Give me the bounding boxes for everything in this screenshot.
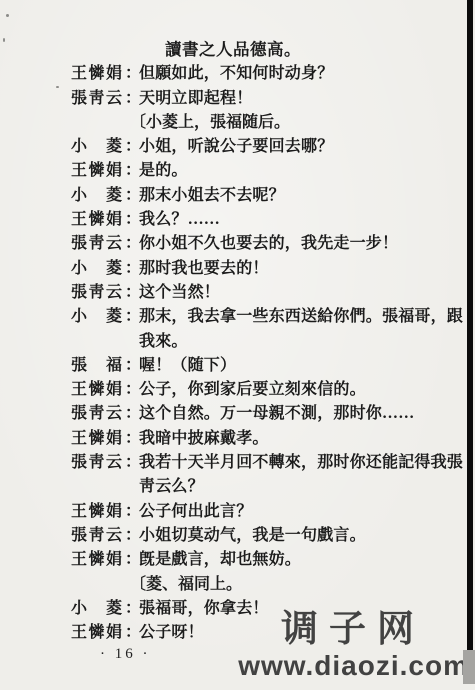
script-line: 小 菱：小姐，听說公子要回去哪？ [71, 135, 463, 159]
speaker-name: 王憐娟 [71, 548, 125, 572]
speaker-name: 王憐娟 [71, 427, 125, 451]
speaker-colon: ： [125, 354, 139, 378]
speaker-name: 王憐娟 [71, 159, 125, 183]
dialogue-text: 喔！（随下） [139, 354, 236, 378]
watermark: 调子网 www.diaozi.com [238, 610, 469, 680]
script-line: 王憐娟：是的。 [71, 159, 463, 183]
dialogue-text: 公子何出此言？ [139, 500, 252, 524]
scan-edge-black-bar [467, 0, 473, 652]
speaker-name: 張靑云 [71, 87, 125, 111]
dialogue-text: 我么？…… [139, 208, 220, 232]
scan-speckle [3, 38, 5, 42]
speaker-name: 王憐娟 [71, 208, 125, 232]
stage-direction: 〔菱、福同上。 [71, 573, 463, 597]
speaker-colon: ： [125, 621, 139, 645]
dialogue-text: 那末，我去拿一些东西送給你們。張福哥，跟 我來。 [139, 305, 463, 354]
speaker-name: 小 菱 [71, 305, 125, 329]
speaker-colon: ： [125, 184, 139, 208]
speaker-colon: ： [125, 427, 139, 451]
verse-line: 讀書之人品德高。 [71, 38, 463, 62]
scan-edge-gray-bar [463, 650, 475, 684]
scanned-script-page: 讀書之人品德高。 王憐娟：但願如此，不知何时动身？ 張靑云：天明立即起程！ 〔小… [0, 0, 475, 690]
dialogue-text: 这个自然。万一母親不測，那时你…… [139, 402, 414, 426]
dialogue-text: 小姐切莫动气，我是一句戲言。 [139, 524, 366, 548]
speaker-colon: ： [125, 597, 139, 621]
speaker-colon: ： [125, 208, 139, 232]
speaker-colon: ： [125, 305, 139, 329]
speaker-name: 張靑云 [71, 451, 125, 475]
scan-speckle [6, 14, 9, 17]
stage-direction: 〔小菱上，張福随后。 [71, 111, 463, 135]
dialogue-text: 公子，你到家后要立刻來信的。 [139, 378, 366, 402]
scan-speckle [56, 86, 59, 88]
dialogue-text: 这个当然！ [139, 281, 220, 305]
speaker-name: 小 菱 [71, 257, 125, 281]
dialogue-text: 我暗中披麻戴孝。 [139, 427, 269, 451]
script-line: 小 菱：那末小姐去不去呢？ [71, 184, 463, 208]
script-line: 王憐娟：但願如此，不知何时动身？ [71, 62, 463, 86]
script-line: 王憐娟：我么？…… [71, 208, 463, 232]
speaker-name: 王憐娟 [71, 500, 125, 524]
speaker-name: 張靑云 [71, 281, 125, 305]
speaker-colon: ： [125, 62, 139, 86]
speaker-colon: ： [125, 378, 139, 402]
script-line: 張靑云：小姐切莫动气，我是一句戲言。 [71, 524, 463, 548]
script-text-block: 讀書之人品德高。 王憐娟：但願如此，不知何时动身？ 張靑云：天明立即起程！ 〔小… [71, 38, 463, 645]
speaker-colon: ： [125, 500, 139, 524]
speaker-colon: ： [125, 402, 139, 426]
dialogue-text: 那末小姐去不去呢？ [139, 184, 285, 208]
speaker-colon: ： [125, 135, 139, 159]
script-line: 張靑云：这个当然！ [71, 281, 463, 305]
script-line: 王憐娟：我暗中披麻戴孝。 [71, 427, 463, 451]
speaker-name: 王憐娟 [71, 621, 125, 645]
script-line: 張靑云：我若十天半月回不轉來，那时你还能記得我張 靑云么？ [71, 451, 463, 500]
speaker-colon: ： [125, 87, 139, 111]
dialogue-text: 旣是戲言，却也無妨。 [139, 548, 301, 572]
speaker-name: 張靑云 [71, 402, 125, 426]
script-line: 小 菱：那时我也要去的！ [71, 257, 463, 281]
script-line: 張 福：喔！（随下） [71, 354, 463, 378]
speaker-colon: ： [125, 281, 139, 305]
script-line: 張靑云：你小姐不久也要去的，我先走一步！ [71, 232, 463, 256]
speaker-name: 張 福 [71, 354, 125, 378]
dialogue-text: 是的。 [139, 159, 188, 183]
dialogue-text: 你小姐不久也要去的，我先走一步！ [139, 232, 398, 256]
speaker-name: 王憐娟 [71, 62, 125, 86]
script-line: 張靑云：这个自然。万一母親不測，那时你…… [71, 402, 463, 426]
dialogue-text: 小姐，听說公子要回去哪？ [139, 135, 333, 159]
script-line: 張靑云：天明立即起程！ [71, 87, 463, 111]
watermark-site-name: 调子网 [238, 610, 469, 649]
script-line: 王憐娟：公子何出此言？ [71, 500, 463, 524]
dialogue-text: 我若十天半月回不轉來，那时你还能記得我張 靑云么？ [139, 451, 463, 500]
speaker-name: 張靑云 [71, 232, 125, 256]
script-line: 王憐娟：公子，你到家后要立刻來信的。 [71, 378, 463, 402]
dialogue-text: 那时我也要去的！ [139, 257, 269, 281]
script-line: 小 菱：那末，我去拿一些东西送給你們。張福哥，跟 我來。 [71, 305, 463, 354]
speaker-colon: ： [125, 451, 139, 475]
speaker-colon: ： [125, 257, 139, 281]
speaker-name: 王憐娟 [71, 378, 125, 402]
speaker-colon: ： [125, 232, 139, 256]
speaker-colon: ： [125, 159, 139, 183]
speaker-colon: ： [125, 524, 139, 548]
speaker-colon: ： [125, 548, 139, 572]
speaker-name: 張靑云 [71, 524, 125, 548]
speaker-name: 小 菱 [71, 597, 125, 621]
dialogue-text: 公子呀！ [139, 621, 204, 645]
dialogue-text: 但願如此，不知何时动身？ [139, 62, 333, 86]
script-line: 王憐娟：旣是戲言，却也無妨。 [71, 548, 463, 572]
dialogue-text: 天明立即起程！ [139, 87, 252, 111]
watermark-site-url: www.diaozi.com [238, 652, 469, 680]
speaker-name: 小 菱 [71, 184, 125, 208]
speaker-name: 小 菱 [71, 135, 125, 159]
page-number: · 16 · [100, 646, 151, 663]
